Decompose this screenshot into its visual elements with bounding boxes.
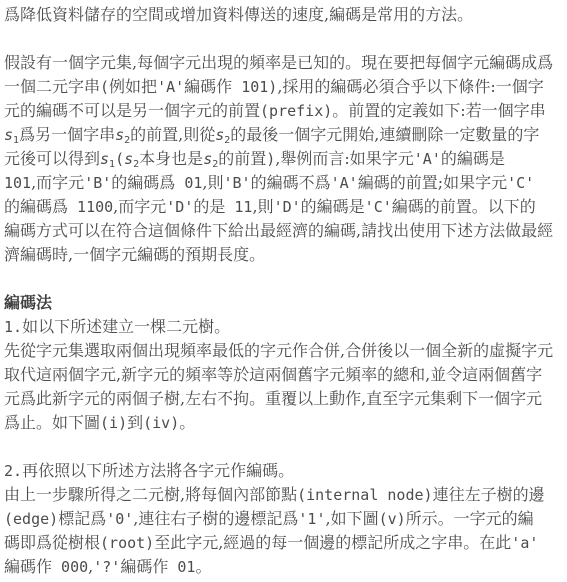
- text-line: 元的編碼不可以是另一個字元的前置(prefix)。前置的定義如下:若一個字串: [4, 99, 567, 123]
- latin-text: 'B': [223, 174, 250, 192]
- latin-text: (i): [100, 414, 127, 432]
- latin-text: 'A': [331, 174, 358, 192]
- cjk-text: 本身也是: [139, 149, 203, 168]
- latin-text: s: [115, 126, 124, 144]
- text-line: 的編碼爲 1100,而字元'D'的是 11,則'D'的編碼是'C'編碼的前置。以…: [4, 195, 567, 219]
- text-line: 爲降低資料儲存的空間或增加資料傳送的速度,編碼是常用的方法。: [4, 3, 567, 27]
- cjk-text: 碼即爲從樹根: [4, 533, 100, 552]
- latin-text: (: [100, 78, 109, 96]
- latin-text: 101): [232, 78, 277, 96]
- latin-text: (internal node): [297, 486, 432, 504]
- text-line: 一個二元字串(例如把'A'編碼作 101),採用的編碼必須合乎以下條件:一個字: [4, 75, 567, 99]
- text-line: 由上一步驟所得之二元樹,將每個內部節點(internal node)連往左子樹的…: [4, 483, 567, 507]
- document-content: 爲降低資料儲存的空間或增加資料傳送的速度,編碼是常用的方法。假設有一個字元集,每…: [4, 3, 567, 579]
- cjk-text: 。: [195, 557, 211, 576]
- cjk-text: 由上一步驟所得之二元樹,將每個內部節點: [4, 485, 297, 504]
- latin-text: '0': [106, 510, 133, 528]
- latin-text: s: [4, 126, 13, 144]
- cjk-text: 到: [127, 413, 143, 432]
- latin-text: (: [115, 150, 124, 168]
- paragraph: 爲降低資料儲存的空間或增加資料傳送的速度,編碼是常用的方法。: [4, 3, 567, 27]
- cjk-text: 的是: [193, 197, 225, 216]
- latin-text: 'D': [274, 198, 301, 216]
- latin-text: 11: [225, 198, 252, 216]
- text-line: 取代這兩個字元,新字元的頻率等於這兩個舊字元頻率的總和,並令這兩個舊字: [4, 363, 567, 387]
- document-page: 爲降低資料儲存的空間或增加資料傳送的速度,編碼是常用的方法。假設有一個字元集,每…: [0, 0, 567, 582]
- latin-text: '?': [93, 558, 120, 576]
- latin-text: (edge): [4, 510, 58, 528]
- text-line: 元後可以得到s1(s2本身也是s2的前置),舉例而言:如果字元'A'的編碼是: [4, 147, 567, 171]
- text-line: (edge)標記爲'0',連往右子樹的邊標記爲'1',如下圖(v)所示。一字元的…: [4, 507, 567, 531]
- cjk-text: 的編碼是: [441, 149, 505, 168]
- cjk-text: 取代這兩個字元,新字元的頻率等於這兩個舊字元頻率的總和,並令這兩個舊字: [4, 365, 542, 384]
- cjk-text: 先從字元集選取兩個出現頻率最低的字元作合併,合併後以一個全新的虛擬字元: [4, 341, 553, 360]
- cjk-text: 例如把: [109, 77, 157, 96]
- cjk-text: 的前置,則從: [130, 125, 215, 144]
- cjk-text: 爲止。如下圖: [4, 413, 100, 432]
- latin-text: (iv): [143, 414, 179, 432]
- paragraph-gap: [4, 435, 567, 459]
- latin-text: (v): [379, 510, 406, 528]
- cjk-text: 編碼的前置。以下的: [392, 197, 536, 216]
- cjk-text: 的編碼不爲: [251, 173, 331, 192]
- cjk-text: ,而字元: [31, 173, 84, 192]
- cjk-text: ,連往右子樹的邊標記爲: [133, 509, 298, 528]
- text-line: 編碼法: [4, 291, 567, 315]
- cjk-text: 元爲此新字元的兩個子樹,左右不拘。重覆以上動作,直至字元集剩下一個字元: [4, 389, 542, 408]
- cjk-text: 元的編碼不可以是另一個字元的前置: [4, 101, 260, 120]
- cjk-text: 的編碼爲: [111, 173, 175, 192]
- latin-text: 01: [175, 174, 202, 192]
- latin-text: 000: [52, 558, 88, 576]
- cjk-text: 濟編碼時,一個字元編碼的預期長度。: [4, 245, 265, 264]
- cjk-text: 。: [179, 413, 195, 432]
- cjk-text: 爲另一個字串: [19, 125, 115, 144]
- text-line: 2.再依照以下所述方法將各字元作編碼。: [4, 459, 567, 483]
- cjk-text: 連往左子樹的邊: [433, 485, 545, 504]
- cjk-text: 再依照以下所述方法將各字元作編碼。: [22, 461, 294, 480]
- section-heading: 編碼法: [4, 291, 567, 315]
- paragraph: 1.如以下所述建立一棵二元樹。先從字元集選取兩個出現頻率最低的字元作合併,合併後…: [4, 315, 567, 435]
- cjk-text: 編碼法: [4, 293, 52, 312]
- latin-text: '1': [298, 510, 325, 528]
- cjk-text: 的編碼是: [301, 197, 365, 216]
- cjk-text: 至此字元,經過的每一個邊的標記所成之字串。在此: [154, 533, 511, 552]
- paragraph: 2.再依照以下所述方法將各字元作編碼。由上一步驟所得之二元樹,將每個內部節點(i…: [4, 459, 567, 579]
- latin-text: 'A': [414, 150, 441, 168]
- cjk-text: ,則: [252, 197, 273, 216]
- text-line: 爲止。如下圖(i)到(iv)。: [4, 411, 567, 435]
- latin-text: 'C': [507, 174, 534, 192]
- text-line: 1.如以下所述建立一棵二元樹。: [4, 315, 567, 339]
- cjk-text: 爲降低資料儲存的空間或增加資料傳送的速度,編碼是常用的方法。: [4, 5, 473, 24]
- cjk-text: 元後可以得到: [4, 149, 100, 168]
- paragraph-gap: [4, 267, 567, 291]
- cjk-text: 的前置: [218, 149, 266, 168]
- latin-text: 01: [168, 558, 195, 576]
- latin-text: 101: [4, 174, 31, 192]
- cjk-text: 一個二元字串: [4, 77, 100, 96]
- cjk-text: 假設有一個字元集,每個字元出現的頻率是已知的。現在要把每個字元編碼成爲: [4, 53, 553, 72]
- text-line: 編碼方式可以在符合這個條件下給出最經濟的編碼,請找出使用下述方法做最經: [4, 219, 567, 243]
- latin-text: 1100: [68, 198, 113, 216]
- cjk-text: ,採用的編碼必須合乎以下條件:一個字: [277, 77, 543, 96]
- latin-text: 'D': [166, 198, 193, 216]
- cjk-text: 如以下所述建立一棵二元樹。: [22, 317, 230, 336]
- cjk-text: 的編碼爲: [4, 197, 68, 216]
- text-line: 先從字元集選取兩個出現頻率最低的字元作合併,合併後以一個全新的虛擬字元: [4, 339, 567, 363]
- cjk-text: 編碼作: [120, 557, 168, 576]
- latin-text: 'B': [84, 174, 111, 192]
- latin-text: 1.: [4, 318, 22, 336]
- latin-text: 2.: [4, 462, 22, 480]
- text-line: s1爲另一個字串s2的前置,則從s2的最後一個字元開始,連續刪除一定數量的字: [4, 123, 567, 147]
- text-line: 元爲此新字元的兩個子樹,左右不拘。重覆以上動作,直至字元集剩下一個字元: [4, 387, 567, 411]
- cjk-text: 所示。一字元的編: [406, 509, 534, 528]
- latin-text: (prefix): [260, 102, 332, 120]
- cjk-text: 編碼作: [184, 77, 232, 96]
- latin-text: (root): [100, 534, 154, 552]
- cjk-text: 編碼的前置;如果字元: [358, 173, 507, 192]
- cjk-text: ,而字元: [113, 197, 166, 216]
- cjk-text: 編碼方式可以在符合這個條件下給出最經濟的編碼,請找出使用下述方法做最經: [4, 221, 553, 240]
- text-line: 濟編碼時,一個字元編碼的預期長度。: [4, 243, 567, 267]
- latin-text: s: [124, 150, 133, 168]
- text-line: 編碼作 000,'?'編碼作 01。: [4, 555, 567, 579]
- text-line: 101,而字元'B'的編碼爲 01,則'B'的編碼不爲'A'編碼的前置;如果字元…: [4, 171, 567, 195]
- latin-text: s: [100, 150, 109, 168]
- latin-text: ): [266, 150, 275, 168]
- latin-text: 'A': [157, 78, 184, 96]
- text-line: 碼即爲從樹根(root)至此字元,經過的每一個邊的標記所成之字串。在此'a': [4, 531, 567, 555]
- latin-text: 'C': [365, 198, 392, 216]
- latin-text: 'a': [511, 534, 538, 552]
- latin-text: s: [215, 126, 224, 144]
- cjk-text: 標記爲: [58, 509, 106, 528]
- cjk-text: 編碼作: [4, 557, 52, 576]
- latin-text: s: [203, 150, 212, 168]
- cjk-text: 。前置的定義如下:若一個字串: [332, 101, 545, 120]
- cjk-text: ,舉例而言:如果字元: [275, 149, 413, 168]
- text-line: 假設有一個字元集,每個字元出現的頻率是已知的。現在要把每個字元編碼成爲: [4, 51, 567, 75]
- paragraph: 假設有一個字元集,每個字元出現的頻率是已知的。現在要把每個字元編碼成爲一個二元字…: [4, 51, 567, 267]
- cjk-text: ,如下圖: [325, 509, 378, 528]
- cjk-text: ,則: [202, 173, 223, 192]
- cjk-text: 的最後一個字元開始,連續刪除一定數量的字: [230, 125, 539, 144]
- paragraph-gap: [4, 27, 567, 51]
